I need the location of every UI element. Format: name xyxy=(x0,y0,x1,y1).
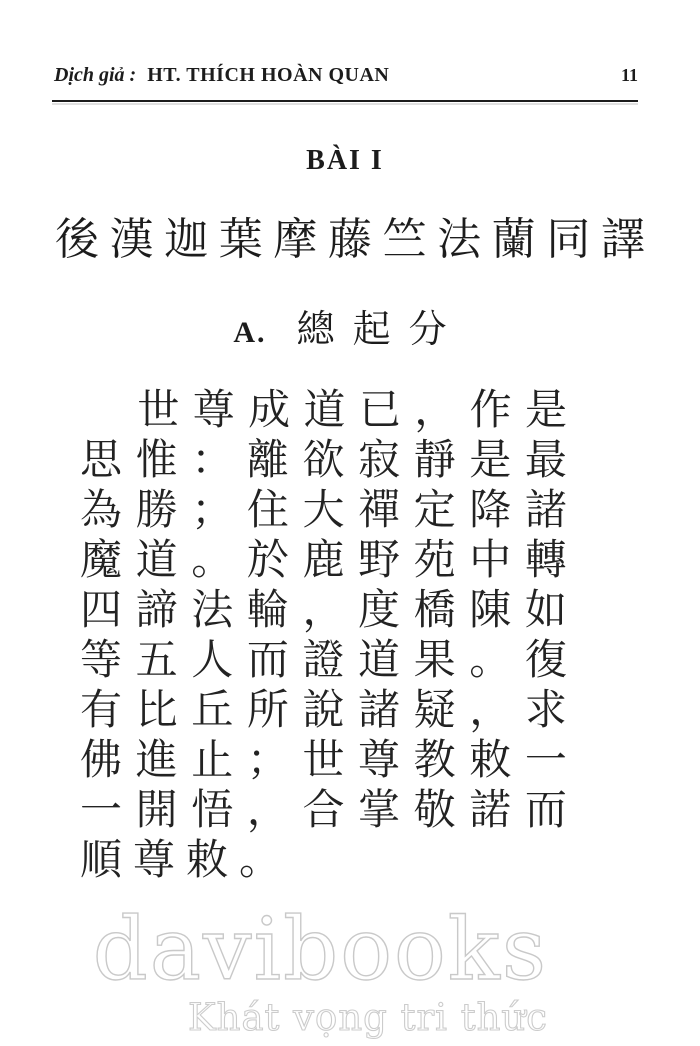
lesson-title: BÀI I xyxy=(0,145,690,177)
han-char: 。 xyxy=(191,536,233,586)
body-line: 佛進止；世尊教敕一 xyxy=(80,736,567,786)
han-char: ， xyxy=(469,686,511,736)
han-char: 勝 xyxy=(136,486,178,536)
han-char: 最 xyxy=(525,436,567,486)
body-line: 一開悟，合掌敬諾而 xyxy=(80,786,567,836)
han-char: 輪 xyxy=(247,586,289,636)
han-char: 進 xyxy=(136,736,178,786)
han-char: 悟 xyxy=(191,786,233,836)
han-char: 五 xyxy=(136,636,178,686)
han-char: 敕 xyxy=(469,736,511,786)
han-char: 漢 xyxy=(110,214,154,266)
body-line: 四諦法輪，度橋陳如 xyxy=(80,586,567,636)
han-char: 合 xyxy=(302,786,344,836)
han-char: 掌 xyxy=(358,786,400,836)
han-char: 橋 xyxy=(414,586,456,636)
han-char: 離 xyxy=(247,436,289,486)
han-char: 所 xyxy=(247,686,289,736)
section-index-label: A. xyxy=(233,316,266,350)
han-char: 而 xyxy=(525,786,567,836)
han-char: 諸 xyxy=(358,686,400,736)
han-char: ， xyxy=(247,786,289,836)
han-char: 度 xyxy=(358,586,400,636)
han-char: 中 xyxy=(469,536,511,586)
body-line: 等五人而證道果。復 xyxy=(80,636,567,686)
han-char: 是 xyxy=(525,386,567,436)
han-char: 轉 xyxy=(525,536,567,586)
han-char: 竺 xyxy=(383,214,427,266)
han-char: 人 xyxy=(191,636,233,686)
watermark: davibooks Khát vọng tri thức xyxy=(93,905,548,1039)
han-char: ， xyxy=(414,386,456,436)
han-char: 法 xyxy=(191,586,233,636)
han-char: 求 xyxy=(525,686,567,736)
body-line: 為勝；住大禪定降諸 xyxy=(80,486,567,536)
han-char: 摩 xyxy=(273,214,317,266)
han-char: 四 xyxy=(80,586,122,636)
han-char: 蘭 xyxy=(492,214,536,266)
han-char: 苑 xyxy=(414,536,456,586)
han-char: 定 xyxy=(414,486,456,536)
section-title: 總起分 xyxy=(297,308,447,352)
han-char: 開 xyxy=(136,786,178,836)
han-char: ； xyxy=(247,736,289,786)
han-char: 葉 xyxy=(219,214,263,266)
han-char: 。 xyxy=(239,836,281,886)
han-char: 諸 xyxy=(525,486,567,536)
body-line: 魔道。於鹿野苑中轉 xyxy=(80,536,567,586)
han-char: 作 xyxy=(470,386,512,436)
han-char: 一 xyxy=(80,786,122,836)
header-translator: Dịch giả : HT. THÍCH HOÀN QUAN xyxy=(54,64,389,87)
han-char: ， xyxy=(302,586,344,636)
han-char: ； xyxy=(191,486,233,536)
page-number: 11 xyxy=(621,65,638,86)
han-char: 敕 xyxy=(186,836,228,886)
han-char: ： xyxy=(191,436,233,486)
han-char: 降 xyxy=(469,486,511,536)
han-char: 譯 xyxy=(601,214,645,266)
han-char: 陳 xyxy=(469,586,511,636)
han-char: 諦 xyxy=(136,586,178,636)
han-char: 順 xyxy=(80,836,122,886)
han-char: 分 xyxy=(409,308,447,352)
han-char: 。 xyxy=(469,636,511,686)
han-char: 一 xyxy=(525,736,567,786)
header-rule xyxy=(52,100,638,102)
han-char: 寂 xyxy=(358,436,400,486)
han-char: 而 xyxy=(247,636,289,686)
han-char: 同 xyxy=(546,214,590,266)
han-char: 靜 xyxy=(414,436,456,486)
han-char: 等 xyxy=(80,636,122,686)
han-char: 丘 xyxy=(191,686,233,736)
han-char: 野 xyxy=(358,536,400,586)
translator-name: HT. THÍCH HOÀN QUAN xyxy=(147,64,389,86)
body-line: 順尊敕。 xyxy=(80,836,567,886)
han-char: 後 xyxy=(55,214,99,266)
han-char: 欲 xyxy=(302,436,344,486)
han-char: 復 xyxy=(525,636,567,686)
han-char: 止 xyxy=(191,736,233,786)
han-char: 道 xyxy=(303,386,345,436)
han-char: 道 xyxy=(136,536,178,586)
section-heading: A. 總起分 xyxy=(0,308,680,352)
first-line-indent xyxy=(80,411,124,412)
han-char: 惟 xyxy=(136,436,178,486)
han-char: 鹿 xyxy=(302,536,344,586)
han-char: 果 xyxy=(414,636,456,686)
han-char: 成 xyxy=(248,386,290,436)
body-line: 有比丘所說諸疑，求 xyxy=(80,686,567,736)
han-char: 藤 xyxy=(328,214,372,266)
han-char: 證 xyxy=(302,636,344,686)
body-line: 世尊成道已，作是 xyxy=(80,386,567,436)
han-char: 尊 xyxy=(193,386,235,436)
han-char: 法 xyxy=(437,214,481,266)
han-char: 道 xyxy=(358,636,400,686)
han-char: 迦 xyxy=(164,214,208,266)
han-char: 如 xyxy=(525,586,567,636)
running-header: Dịch giả : HT. THÍCH HOÀN QUAN 11 xyxy=(54,64,638,87)
han-char: 佛 xyxy=(80,736,122,786)
han-char: 尊 xyxy=(358,736,400,786)
translators-attribution-line: 後漢迦葉摩藤竺法蘭同譯 xyxy=(55,214,645,266)
han-char: 教 xyxy=(414,736,456,786)
han-char: 總 xyxy=(297,308,335,352)
scanned-book-page: Dịch giả : HT. THÍCH HOÀN QUAN 11 BÀI I … xyxy=(0,0,700,1046)
han-char: 敬 xyxy=(414,786,456,836)
han-char: 有 xyxy=(80,686,122,736)
han-char: 住 xyxy=(247,486,289,536)
body-line: 思惟：離欲寂靜是最 xyxy=(80,436,567,486)
han-char: 疑 xyxy=(414,686,456,736)
han-char: 世 xyxy=(302,736,344,786)
han-char: 是 xyxy=(469,436,511,486)
sutra-body-text: 世尊成道已，作是 思惟：離欲寂靜是最 為勝；住大禪定降諸 魔道。於鹿野苑中轉 四… xyxy=(80,386,567,886)
han-char: 諾 xyxy=(469,786,511,836)
watermark-brand: davibooks xyxy=(93,905,548,995)
han-char: 大 xyxy=(302,486,344,536)
han-char: 尊 xyxy=(133,836,175,886)
han-char: 比 xyxy=(136,686,178,736)
han-char: 禪 xyxy=(358,486,400,536)
han-char: 思 xyxy=(80,436,122,486)
han-char: 起 xyxy=(353,308,391,352)
han-char: 已 xyxy=(359,386,401,436)
han-char: 說 xyxy=(302,686,344,736)
watermark-slogan: Khát vọng tri thức xyxy=(93,997,548,1039)
han-char: 於 xyxy=(247,536,289,586)
translator-label: Dịch giả : xyxy=(54,64,136,86)
han-char: 為 xyxy=(80,486,122,536)
han-char: 魔 xyxy=(80,536,122,586)
han-char: 世 xyxy=(137,386,179,436)
